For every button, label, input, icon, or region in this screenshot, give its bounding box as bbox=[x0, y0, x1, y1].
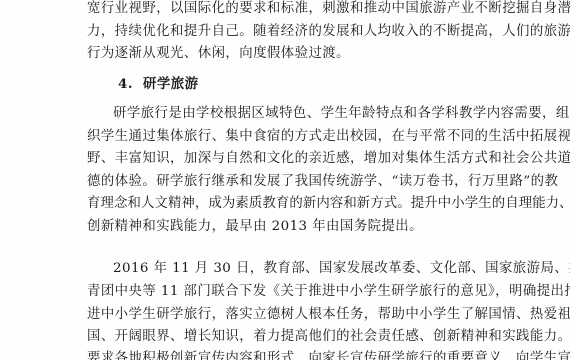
paragraph-line: 野、丰富知识，加深与自然和文化的亲近感，增加对集体生活方式和社会公共道 bbox=[87, 150, 487, 168]
paragraph-line: 行为逐渐从观光、休闲，向度假体验过渡。 bbox=[87, 45, 487, 63]
paragraph-line: 青团中央等 11 部门联合下发《关于推进中小学生研学旅行的意见》，明确提出推 bbox=[87, 283, 487, 301]
paragraph-line: 研学旅行是由学校根据区域特色、学生年龄特点和各学科教学内容需要，组 bbox=[113, 105, 487, 123]
section-title: 研学旅游 bbox=[143, 76, 199, 92]
paragraph-line: 创新精神和实践能力，最早由 2013 年由国务院提出。 bbox=[87, 218, 487, 236]
section-number: 4. bbox=[118, 76, 133, 92]
paragraph-line: 力，持续优化和提升自己。随着经济的发展和人均收入的不断提高，人们的旅游 bbox=[87, 23, 487, 41]
paragraph-line: 进中小学生研学旅行，落实立德树人根本任务，帮助中小学生了解国情、热爱祖 bbox=[87, 306, 487, 324]
paragraph-line: 宽行业视野，以国际化的要求和标准，刺激和推动中国旅游产业不断挖掘自身潜 bbox=[87, 0, 487, 18]
paragraph-line: 要求各地积极创新宣传内容和形式，向家长宣传研学旅行的重要意义，向学生宣 bbox=[87, 350, 487, 360]
paragraph-line: 德的体验。研学旅行继承和发展了我国传统游学、“读万卷书，行万里路”的教 bbox=[87, 173, 487, 191]
document-page: 宽行业视野，以国际化的要求和标准，刺激和推动中国旅游产业不断挖掘自身潜 力，持续… bbox=[0, 0, 570, 360]
paragraph-line: 国、开阔眼界、增长知识，着力提高他们的社会责任感、创新精神和实践能力。 bbox=[87, 328, 487, 346]
section-heading: 4.研学旅游 bbox=[118, 75, 199, 93]
paragraph-line: 织学生通过集体旅行、集中食宿的方式走出校园，在与平常不同的生活中拓展视 bbox=[87, 128, 487, 146]
paragraph-line: 育理念和人文精神，成为素质教育的新内容和新方式。提升中小学生的自理能力、 bbox=[87, 195, 487, 213]
paragraph-line: 2016 年 11 月 30 日，教育部、国家发展改革委、文化部、国家旅游局、共 bbox=[113, 260, 487, 278]
